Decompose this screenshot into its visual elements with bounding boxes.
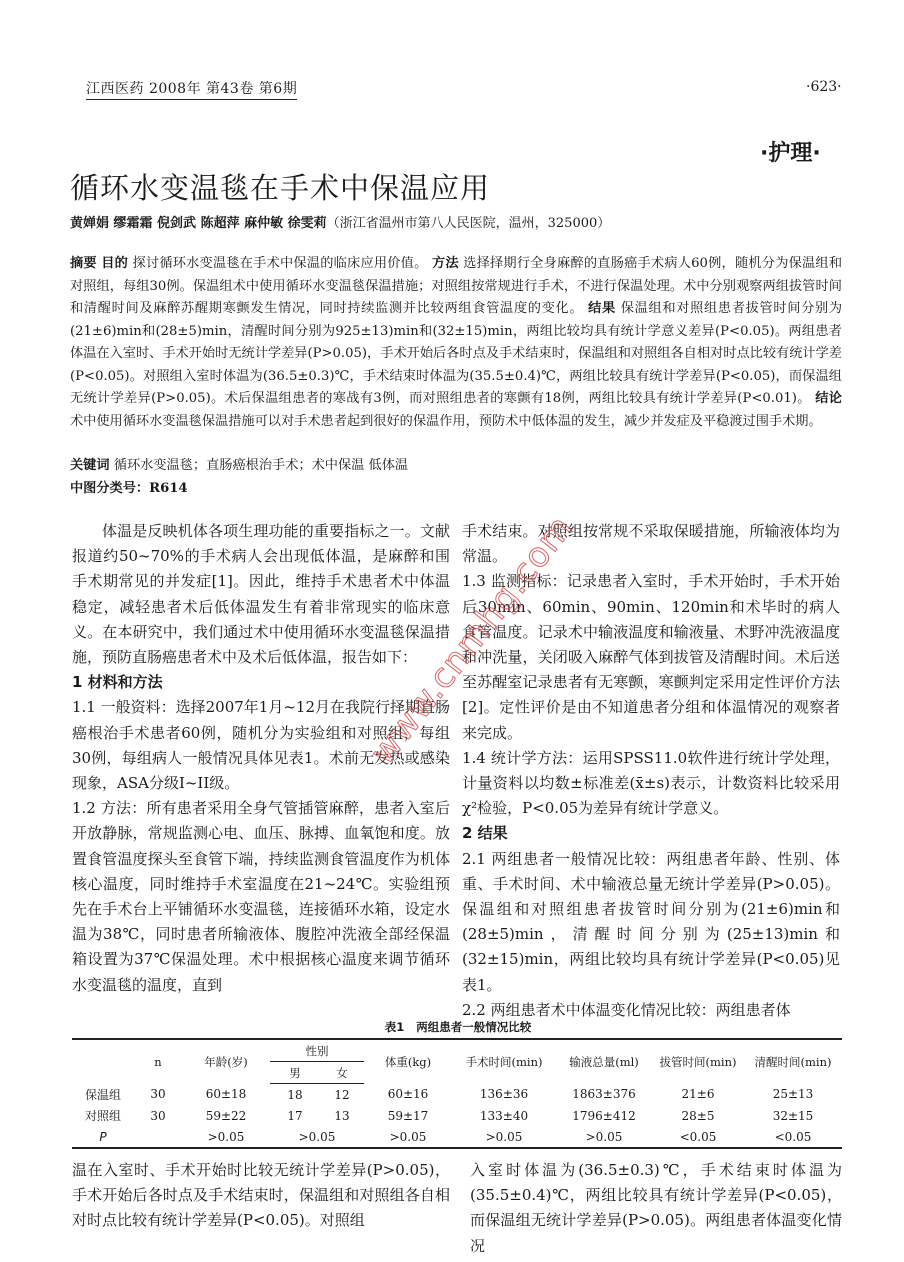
body-bottom-right: 入室时体温为(36.5±0.3)℃，手术结束时体温为(35.5±0.4)℃，两组… (470, 1158, 842, 1259)
cell-age: >0.05 (182, 1126, 270, 1148)
th-awake: 清醒时间(min) (744, 1039, 842, 1084)
cell-extubation: 28±5 (652, 1105, 744, 1126)
th-n: n (134, 1039, 182, 1084)
cell-op-time: >0.05 (452, 1126, 556, 1148)
table-row-p-value: P >0.05 >0.05 >0.05 >0.05 >0.05 <0.05 <0… (72, 1126, 842, 1148)
cell-awake: 32±15 (744, 1105, 842, 1126)
cell-fluid: >0.05 (556, 1126, 652, 1148)
conclusion-text: 术中使用循环水变温毯保温措施可以对手术患者起到很好的保温作用，预防术中低体温的发… (70, 414, 822, 429)
cell-n (134, 1126, 182, 1148)
th-fluid: 输液总量(ml) (556, 1039, 652, 1084)
th-op-time: 手术时间(min) (452, 1039, 556, 1084)
results-label: 结果 (588, 301, 616, 316)
results-text: 保温组和对照组患者拔管时间分别为(21±6)min和(28±5)min，清醒时间… (70, 301, 842, 406)
heading-results: 2 结果 (462, 821, 840, 846)
cell-age: 59±22 (182, 1105, 270, 1126)
cell-weight: >0.05 (364, 1126, 452, 1148)
section-2-2-label: 2.2 两组患者术中体温变化情况比较： (462, 1001, 716, 1019)
cell-male: 17 (270, 1105, 320, 1126)
th-weight: 体重(kg) (364, 1039, 452, 1084)
cell-group: P (72, 1126, 134, 1148)
cell-age: 60±18 (182, 1084, 270, 1106)
cell-fluid: 1796±412 (556, 1105, 652, 1126)
table-caption: 表1两组患者一般情况比较 (0, 1019, 904, 1035)
methods-label: 方法 (432, 256, 459, 271)
section-1-4-label: 1.4 统计学方法： (462, 749, 583, 767)
section-2-1-label: 2.1 两组患者一般情况比较： (462, 850, 666, 868)
cell-female: 13 (320, 1105, 364, 1126)
cell-op-time: 133±40 (452, 1105, 556, 1126)
th-group (72, 1039, 134, 1084)
body-bottom-left: 温在入室时、手术开始时比较无统计学差异(P>0.05)，手术开始后各时点及手术结… (72, 1158, 450, 1234)
keywords-text: 循环水变温毯；直肠癌根治手术；术中保温 低体温 (114, 458, 408, 473)
cell-group: 对照组 (72, 1105, 134, 1126)
cell-weight: 59±17 (364, 1105, 452, 1126)
th-age: 年龄(岁) (182, 1039, 270, 1084)
article-title: 循环水变温毯在手术中保温应用 (70, 166, 490, 207)
section-1-4: 1.4 统计学方法：运用SPSS11.0软件进行统计学处理，计量资料以均数±标准… (462, 746, 840, 822)
author-line: 黄婵娟 缪霜霜 倪剑武 陈超萍 麻仲敏 徐雯莉（浙江省温州市第八人民医院，温州，… (70, 212, 610, 231)
table-row: 保温组 30 60±18 18 12 60±16 136±36 1863±376… (72, 1084, 842, 1106)
th-male: 男 (270, 1062, 320, 1084)
cell-female: 12 (320, 1084, 364, 1106)
cell-male: 18 (270, 1084, 320, 1106)
p-label: P (99, 1130, 106, 1144)
cell-weight: 60±16 (364, 1084, 452, 1106)
authors: 黄婵娟 缪霜霜 倪剑武 陈超萍 麻仲敏 徐雯莉 (70, 216, 327, 231)
objective-text: 探讨循环水变温毯在手术中保温的临床应用价值。 (133, 256, 428, 271)
table-title: 两组患者一般情况比较 (416, 1020, 531, 1034)
intro-paragraph: 体温是反映机体各项生理功能的重要指标之一。文献报道约50~70%的手术病人会出现… (72, 519, 450, 670)
affiliation: （浙江省温州市第八人民医院，温州，325000） (327, 216, 611, 231)
section-2-1: 2.1 两组患者一般情况比较：两组患者年龄、性别、体重、手术时间、术中输液总量无… (462, 847, 840, 998)
cell-n: 30 (134, 1084, 182, 1106)
table-general-comparison: n 年龄(岁) 性别 体重(kg) 手术时间(min) 输液总量(ml) 拔管时… (72, 1038, 842, 1149)
classification-number: 中图分类号：R614 (70, 477, 188, 496)
abstract: 摘要 目的 探讨循环水变温毯在手术中保温的临床应用价值。 方法 选择择期行全身麻… (70, 253, 842, 433)
table-row: 对照组 30 59±22 17 13 59±17 133±40 1796±412… (72, 1105, 842, 1126)
keywords-label: 关键词 (70, 458, 110, 473)
cell-op-time: 136±36 (452, 1084, 556, 1106)
section-2-1-text: 两组患者年龄、性别、体重、手术时间、术中输液总量无统计学差异(P>0.05)。保… (462, 850, 840, 994)
keywords: 关键词 循环水变温毯；直肠癌根治手术；术中保温 低体温 (70, 454, 408, 473)
table-number: 表1 (385, 1020, 405, 1034)
section-2-2-text: 两组患者体 (716, 1001, 791, 1019)
section-1-1-label: 1.1 一般资料： (72, 698, 176, 716)
abstract-label: 摘要 (70, 256, 97, 271)
th-extubation: 拔管时间(min) (652, 1039, 744, 1084)
cell-extubation: 21±6 (652, 1084, 744, 1106)
section-1-2: 1.2 方法：所有患者采用全身气管插管麻醉，患者入室后开放静脉，常规监测心电、血… (72, 796, 450, 998)
clc-label: 中图分类号： (70, 481, 149, 496)
cell-n: 30 (134, 1105, 182, 1126)
cell-awake: 25±13 (744, 1084, 842, 1106)
heading-materials-methods: 1 材料和方法 (72, 670, 450, 695)
objective-label: 目的 (101, 256, 128, 271)
section-1-2-label: 1.2 方法： (72, 799, 146, 817)
running-head: 江西医药 2008年 第43卷 第6期 (86, 78, 297, 100)
section-tag: ·护理· (760, 136, 821, 167)
cell-sex: >0.05 (270, 1126, 364, 1148)
th-sex: 性别 (270, 1039, 364, 1062)
conclusion-label: 结论 (815, 391, 842, 406)
clc-value: R614 (149, 481, 188, 496)
page-number: ·623· (806, 79, 842, 95)
cell-extubation: <0.05 (652, 1126, 744, 1148)
cell-awake: <0.05 (744, 1126, 842, 1148)
section-1-2-text: 所有患者采用全身气管插管麻醉，患者入室后开放静脉，常规监测心电、血压、脉搏、血氧… (72, 799, 450, 993)
cell-group: 保温组 (72, 1084, 134, 1106)
th-female: 女 (320, 1062, 364, 1084)
cell-fluid: 1863±376 (556, 1084, 652, 1106)
